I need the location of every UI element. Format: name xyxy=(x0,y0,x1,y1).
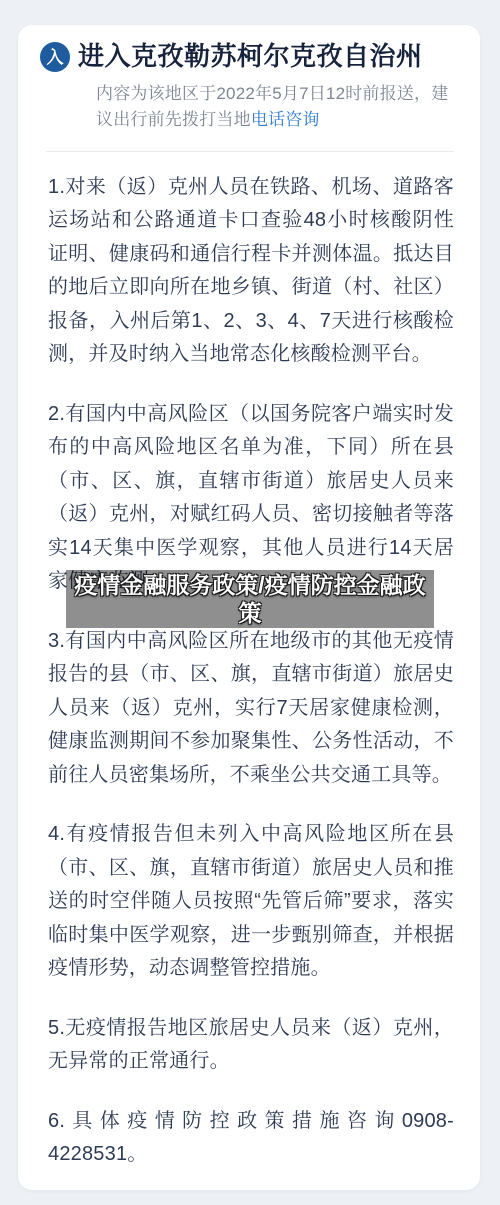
report-subtitle: 内容为该地区于2022年5月7日12时前报送，建议出行前先拨打当地电话咨询 xyxy=(96,81,454,134)
phone-consult-link[interactable]: 电话咨询 xyxy=(251,110,320,129)
policy-item-1: 1.对来（返）克州人员在铁路、机场、道路客运场站和公路通道卡口查验48小时核酸阴… xyxy=(48,171,454,372)
policy-item-4: 4.有疫情报告但未列入中高风险地区所在县（市、区、旗，直辖市街道）旅居史人员和推… xyxy=(48,818,454,986)
enter-icon: 入 xyxy=(40,42,70,72)
policy-item-2: 2.有国内中高风险区（以国务院客户端实时发布的中高风险地区名单为准，下同）所在县… xyxy=(48,398,454,599)
title-row: 入 进入克孜勒苏柯尔克孜自治州 xyxy=(40,42,454,72)
policy-item-6: 6.具体疫情防控政策措施咨询0908-4228531。 xyxy=(48,1105,454,1172)
policy-item-3: 3.有国内中高风险区所在地级市的其他无疫情报告的县（市、区、旗，直辖市街道）旅居… xyxy=(48,625,454,793)
card-header: 入 进入克孜勒苏柯尔克孜自治州 内容为该地区于2022年5月7日12时前报送，建… xyxy=(18,25,480,134)
page-background: 入 进入克孜勒苏柯尔克孜自治州 内容为该地区于2022年5月7日12时前报送，建… xyxy=(0,0,500,1205)
policy-item-5: 5.无疫情报告地区旅居史人员来（返）克州，无异常的正常通行。 xyxy=(48,1012,454,1079)
page-title: 进入克孜勒苏柯尔克孜自治州 xyxy=(78,42,423,72)
policy-card: 入 进入克孜勒苏柯尔克孜自治州 内容为该地区于2022年5月7日12时前报送，建… xyxy=(18,25,480,1190)
policy-list: 1.对来（返）克州人员在铁路、机场、道路客运场站和公路通道卡口查验48小时核酸阴… xyxy=(18,152,480,1172)
